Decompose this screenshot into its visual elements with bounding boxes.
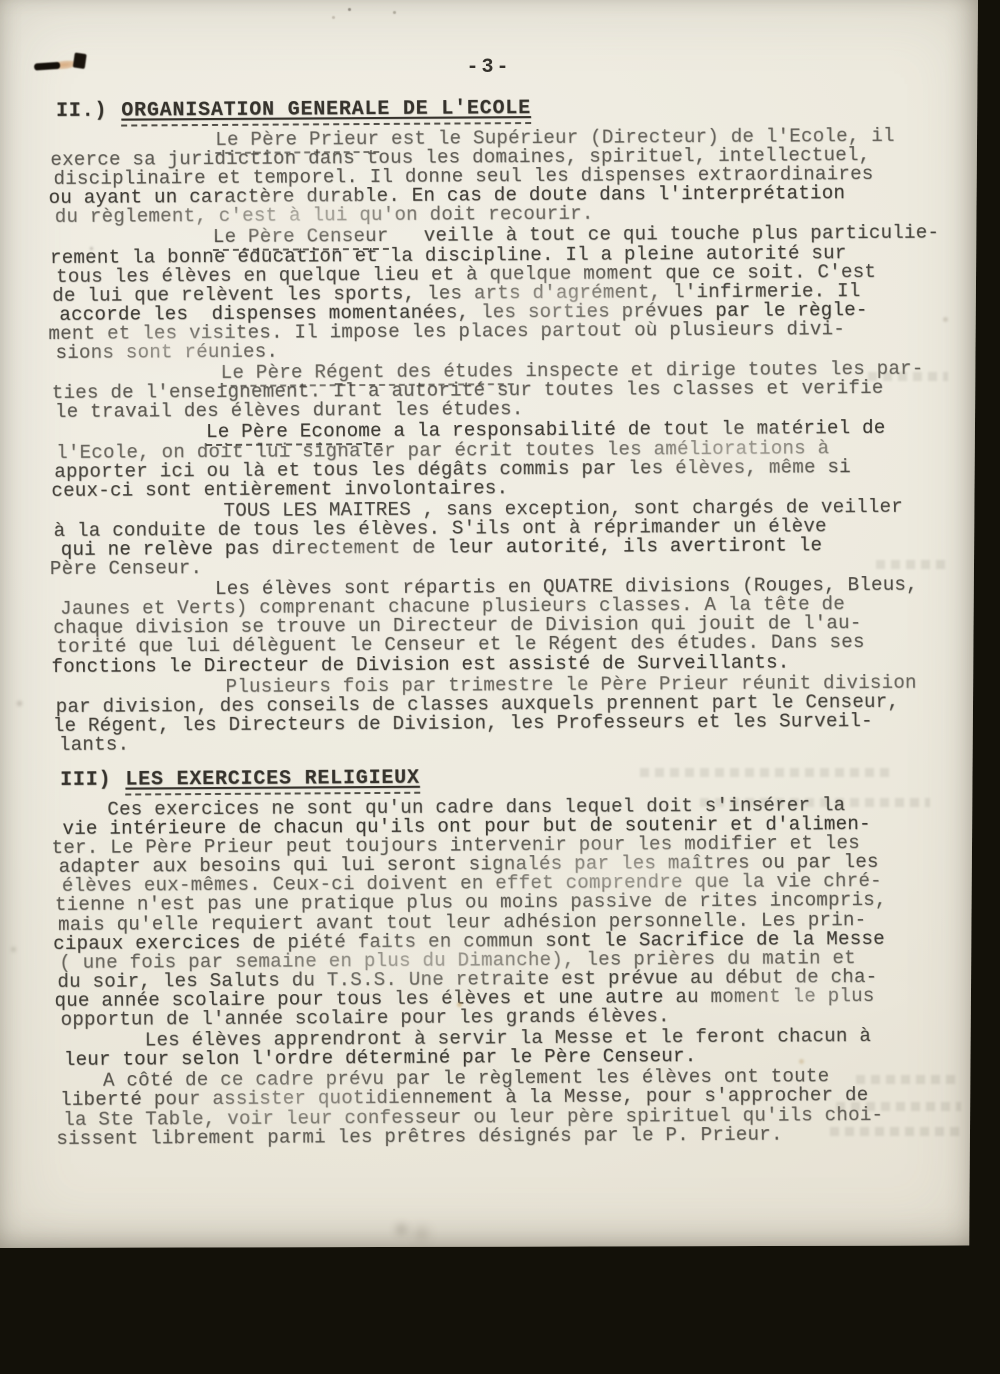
paragraph: Les élèves sont répartis en QUATRE divis… xyxy=(49,576,956,677)
paragraph: Le Père Prieur est le Supérieur (Directe… xyxy=(46,126,953,227)
text-segment: sissent librement parmi les prêtres dési… xyxy=(56,1123,782,1149)
text-line: sissent librement parmi les prêtres dési… xyxy=(56,1124,958,1149)
paragraph: Le Père Econome a la responsabilité de t… xyxy=(48,419,954,501)
page-number: -3- xyxy=(0,56,978,79)
text-segment: sions sont réunies. xyxy=(55,341,278,364)
paragraph: Le Père Régent des études inspecte et di… xyxy=(48,360,954,423)
section-heading: II.)ORGANISATION GENERALE DE L'ECOLE xyxy=(56,94,952,122)
section-title: ORGANISATION GENERALE DE L'ECOLE xyxy=(121,97,531,127)
paragraph: TOUS LES MAITRES , sans exception, sont … xyxy=(48,497,954,579)
section-exercices-religieux: III)LES EXERCICES RELIGIEUX Ces exercice… xyxy=(50,763,958,1148)
section-title: LES EXERCICES RELIGIEUX xyxy=(125,767,420,796)
section-heading: III)LES EXERCICES RELIGIEUX xyxy=(60,763,956,791)
paper-sheet: -3- II.)ORGANISATION GENERALE DE L'ECOLE… xyxy=(0,0,978,1248)
section-body: Le Père Prieur est le Supérieur (Directe… xyxy=(46,126,956,755)
typewritten-text: II.)ORGANISATION GENERALE DE L'ECOLE Le … xyxy=(46,94,958,1150)
text-line: lants. xyxy=(59,730,956,755)
paragraph: Les élèves apprendront à servir la Messe… xyxy=(52,1027,958,1071)
paper-specks xyxy=(0,0,3,3)
section-number: II.) xyxy=(56,100,107,123)
text-segment: lants. xyxy=(59,733,129,755)
text-segment: Père Censeur. xyxy=(50,557,202,580)
paragraph: Ces exercices ne sont qu'un cadre dans l… xyxy=(50,795,957,1030)
paragraph: Le Père Censeur veille à tout ce qui tou… xyxy=(47,224,954,363)
section-body: Ces exercices ne sont qu'un cadre dans l… xyxy=(50,795,958,1148)
paragraph: Plusieurs fois par trimestre le Père Pri… xyxy=(50,673,956,755)
paragraph: A côté de ce cadre prévu par le règlemen… xyxy=(52,1067,958,1149)
section-organisation-generale: II.)ORGANISATION GENERALE DE L'ECOLE Le … xyxy=(46,94,956,755)
scanner-background: -3- II.)ORGANISATION GENERALE DE L'ECOLE… xyxy=(0,0,1000,1374)
section-number: III) xyxy=(60,769,111,792)
